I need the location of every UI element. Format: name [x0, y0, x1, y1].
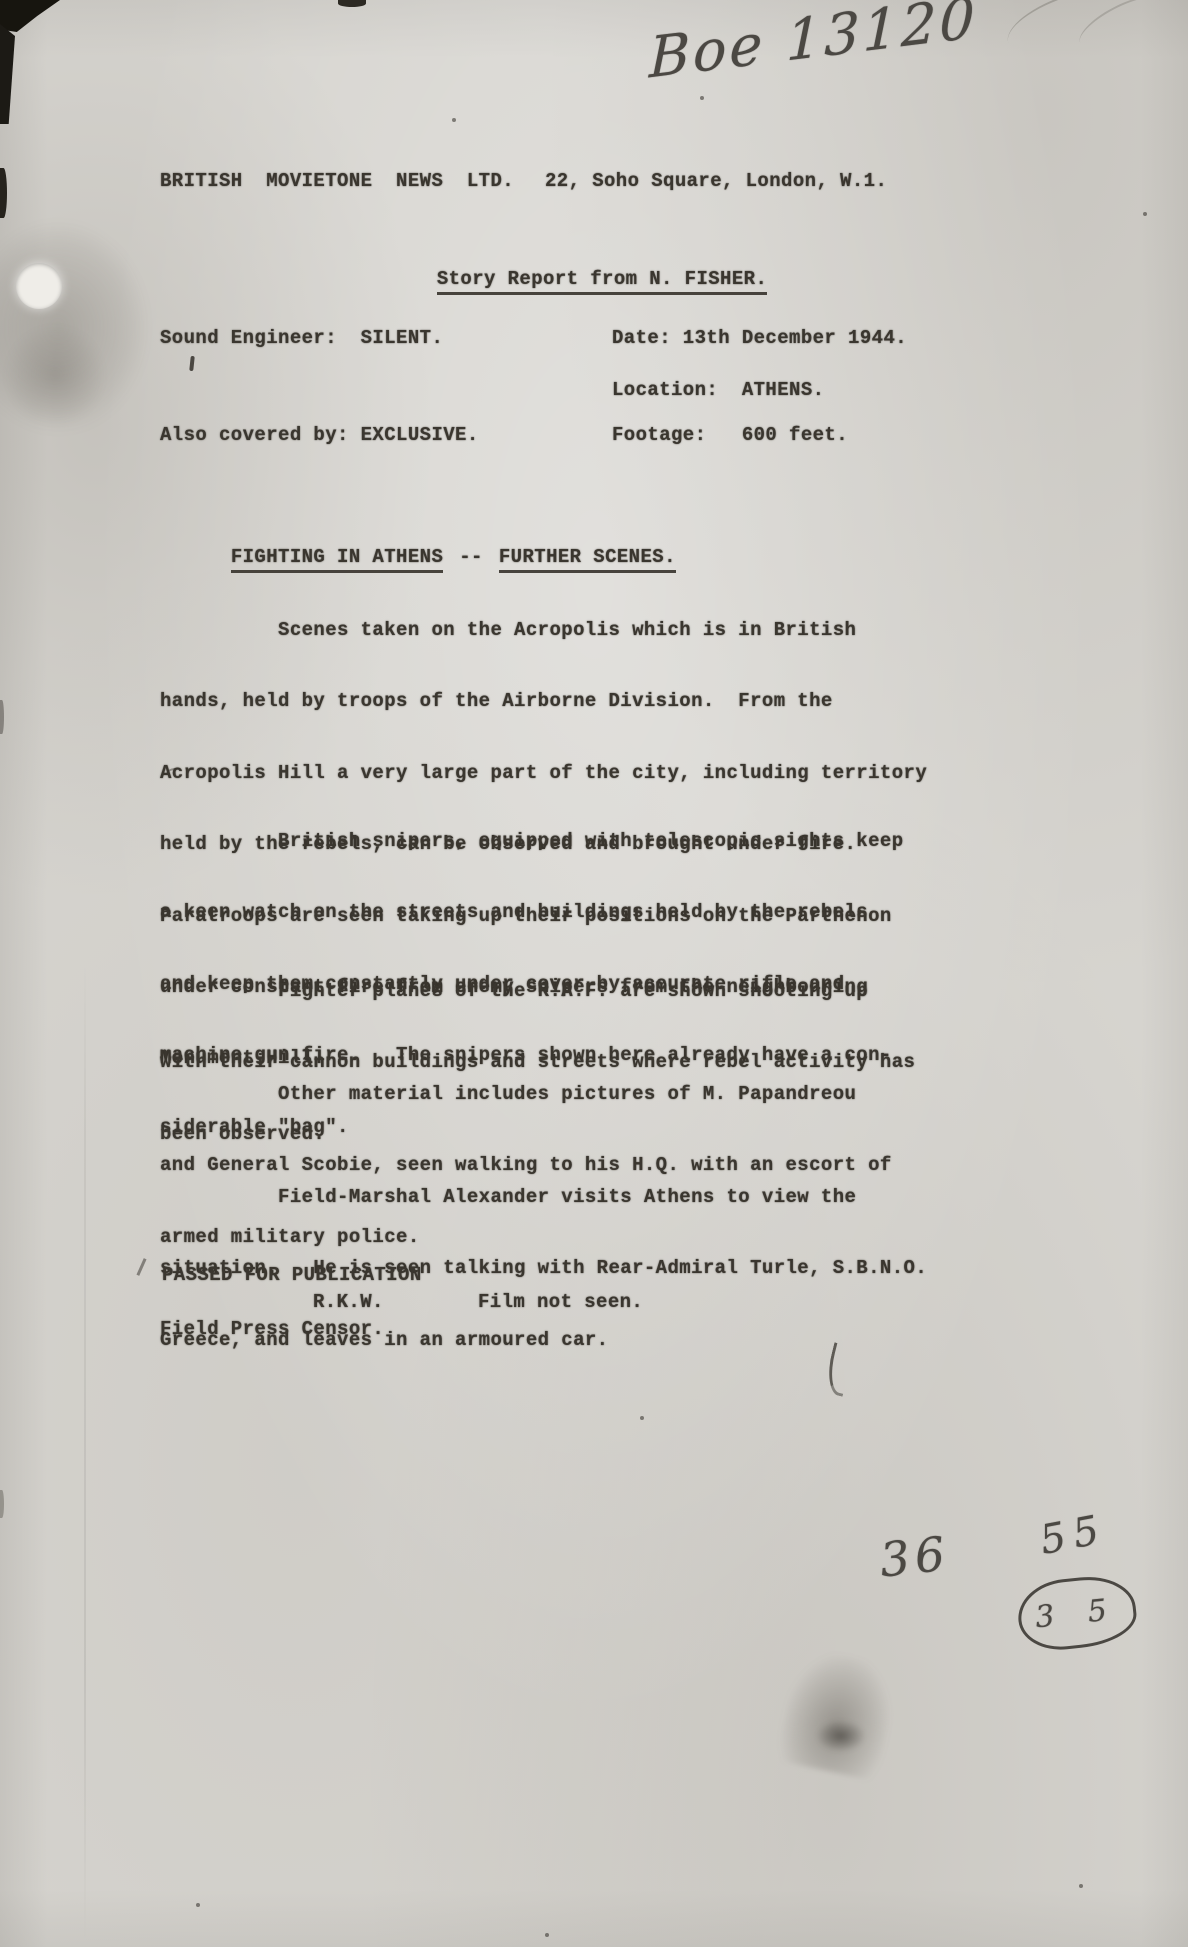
document-page: Boe 13120 36 55 3 5 BRITISH MOVIETONE NE…: [0, 0, 1188, 1947]
story-heading-part1: FIGHTING IN ATHENS: [231, 546, 443, 573]
censor-stamp: PASSED FOR PUBLICATION: [162, 1264, 422, 1286]
paragraph-line: hands, held by troops of the Airborne Di…: [160, 688, 927, 715]
meta-location: Location: ATHENS.: [612, 379, 824, 401]
paragraph-line: Other material includes pictures of M. P…: [160, 1081, 892, 1108]
meta-also-covered: Also covered by: EXCLUSIVE.: [160, 424, 479, 446]
paragraph-line: British snipers, equipped with telescopi…: [160, 828, 904, 855]
story-heading-part2: FURTHER SCENES.: [499, 546, 676, 573]
censor-signature: Field Press Censor.: [160, 1318, 384, 1340]
report-title-text: Story Report from N. FISHER.: [437, 268, 767, 295]
paragraph-line: Fighter planes of the R.A.F. are shown s…: [160, 978, 915, 1005]
censor-note: Film not seen.: [478, 1291, 643, 1313]
heading-separator: --: [459, 546, 483, 568]
censor-initials: R.K.W.: [313, 1291, 384, 1313]
report-title: Story Report from N. FISHER.: [366, 246, 767, 312]
paragraph-line: Field-Marshal Alexander visits Athens to…: [160, 1184, 927, 1211]
letterhead-company: BRITISH MOVIETONE NEWS LTD.: [160, 170, 514, 192]
typed-text-layer: BRITISH MOVIETONE NEWS LTD. 22, Soho Squ…: [0, 0, 1188, 1947]
meta-sound-engineer: Sound Engineer: SILENT.: [160, 327, 443, 349]
letterhead-address: 22, Soho Square, London, W.1.: [545, 170, 887, 192]
paragraph-line: Scenes taken on the Acropolis which is i…: [160, 617, 927, 644]
meta-footage: Footage: 600 feet.: [612, 424, 848, 446]
paragraph-line: a keen watch on the streets and building…: [160, 899, 904, 926]
meta-date: Date: 13th December 1944.: [612, 327, 907, 349]
